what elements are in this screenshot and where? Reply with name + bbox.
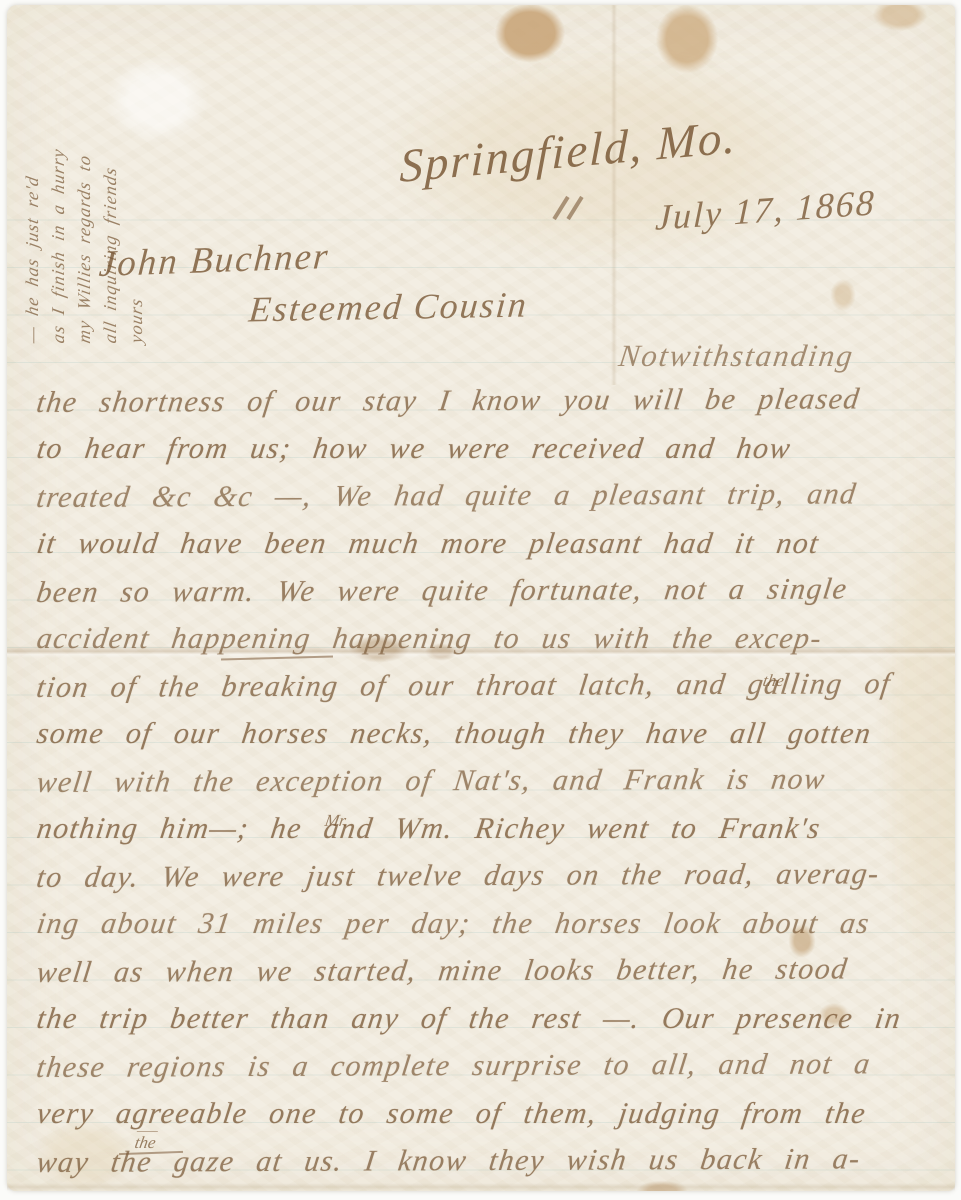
letter-line: the shortness of our stay I know you wil… bbox=[33, 375, 945, 426]
margin-note-line: my Willies regards to bbox=[71, 11, 97, 346]
margin-note-line: — he has just re'd bbox=[19, 11, 45, 346]
letter-place-line: Springfield, Mo. bbox=[399, 110, 737, 194]
vertical-fold-crease bbox=[611, 5, 617, 385]
letter-page: Springfield, Mo. July 17, 1868 John Buch… bbox=[7, 5, 955, 1191]
letter-line: the trip better than any of the rest —. … bbox=[34, 995, 946, 1043]
letter-line: tion of the breaking of our throat latch… bbox=[33, 660, 945, 711]
interlinear-correction: the bbox=[133, 1131, 158, 1153]
letter-line: ing about 31 miles per day; the horses l… bbox=[34, 900, 946, 948]
letter-line: to day. We were just twelve days on the … bbox=[33, 850, 945, 901]
interlinear-insertion: the bbox=[761, 671, 785, 691]
letter-line: very agreeable one to some of them, judg… bbox=[34, 1090, 946, 1138]
margin-cross-writing: — he has just re'das I finish in a hurry… bbox=[19, 13, 149, 343]
margin-note-line: as I finish in a hurry bbox=[45, 11, 71, 346]
letter-date-line: July 17, 1868 bbox=[655, 181, 877, 239]
letter-salutation: Esteemed Cousin bbox=[247, 284, 530, 331]
letter-line: well as when we started, mine looks bett… bbox=[33, 945, 945, 996]
letter-line: treated &c &c —, We had quite a pleasant… bbox=[33, 470, 945, 521]
letter-line: way the gaze at us. I know they wish us … bbox=[33, 1135, 945, 1186]
interlinear-insertion: Mr. bbox=[323, 811, 350, 831]
letter-line: it would have been much more pleasant ha… bbox=[34, 520, 946, 568]
letter-line: these regions is a complete surprise to … bbox=[33, 1040, 945, 1091]
letter-line: well with the exception of Nat's, and Fr… bbox=[33, 755, 945, 806]
letter-line: to hear from us; how we were received an… bbox=[34, 425, 946, 473]
flourish-mark bbox=[566, 196, 583, 220]
letter-opening-word: Notwithstanding bbox=[616, 338, 856, 374]
margin-note-line: all inquiring friends bbox=[97, 11, 123, 346]
letter-line: accident happening happening to us with … bbox=[34, 615, 946, 663]
letter-line: some of our horses necks, though they ha… bbox=[34, 710, 946, 758]
letter-line: nothing him—; he and Wm. Richey went to … bbox=[34, 805, 946, 853]
letter-body: the shortness of our stay I know you wil… bbox=[37, 377, 942, 1185]
letter-line: been so warm. We were quite fortunate, n… bbox=[33, 565, 945, 616]
margin-note-line: yours bbox=[123, 11, 149, 346]
